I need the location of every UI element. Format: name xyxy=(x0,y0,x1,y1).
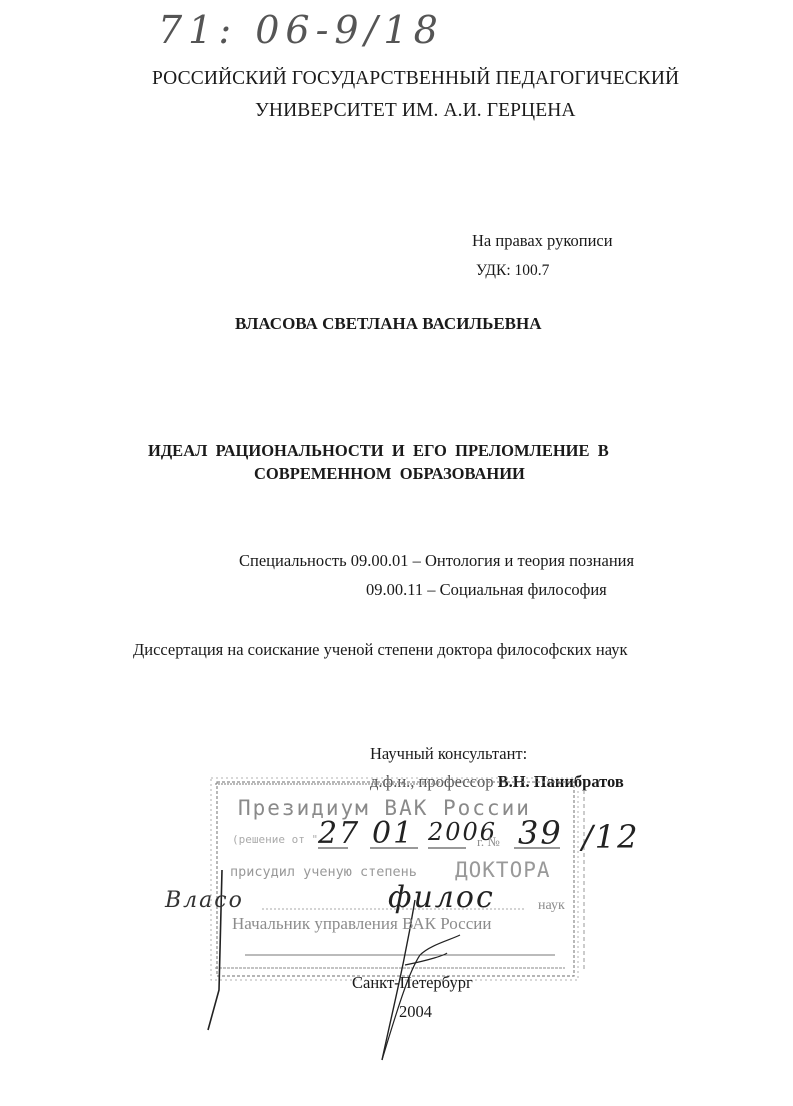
stamp-decision-prefix: (решение от " xyxy=(232,833,318,846)
year: 2004 xyxy=(399,1002,432,1022)
stamp-signature-left: Власо xyxy=(165,888,244,913)
stamp-field-handwritten: филос xyxy=(388,880,495,915)
stamp-decision-day: 27 xyxy=(318,816,360,851)
stamp-awarded-prefix: присудил ученую степень xyxy=(230,864,417,880)
stamp-decision-month: 01 xyxy=(372,816,414,851)
stamp-decision-number: 39 xyxy=(518,814,563,852)
stamp-decision-year-suffix: г. № xyxy=(477,834,500,850)
stamp-awarded-degree: ДОКТОРА xyxy=(455,858,551,882)
stamp-frame xyxy=(0,0,793,1106)
stamp-official: Начальник управления ВАК России xyxy=(232,914,491,934)
stamp-decision-number-extra: /12 xyxy=(582,818,640,856)
city: Санкт-Петербург xyxy=(352,973,473,993)
stamp-field-suffix: наук xyxy=(538,898,565,914)
